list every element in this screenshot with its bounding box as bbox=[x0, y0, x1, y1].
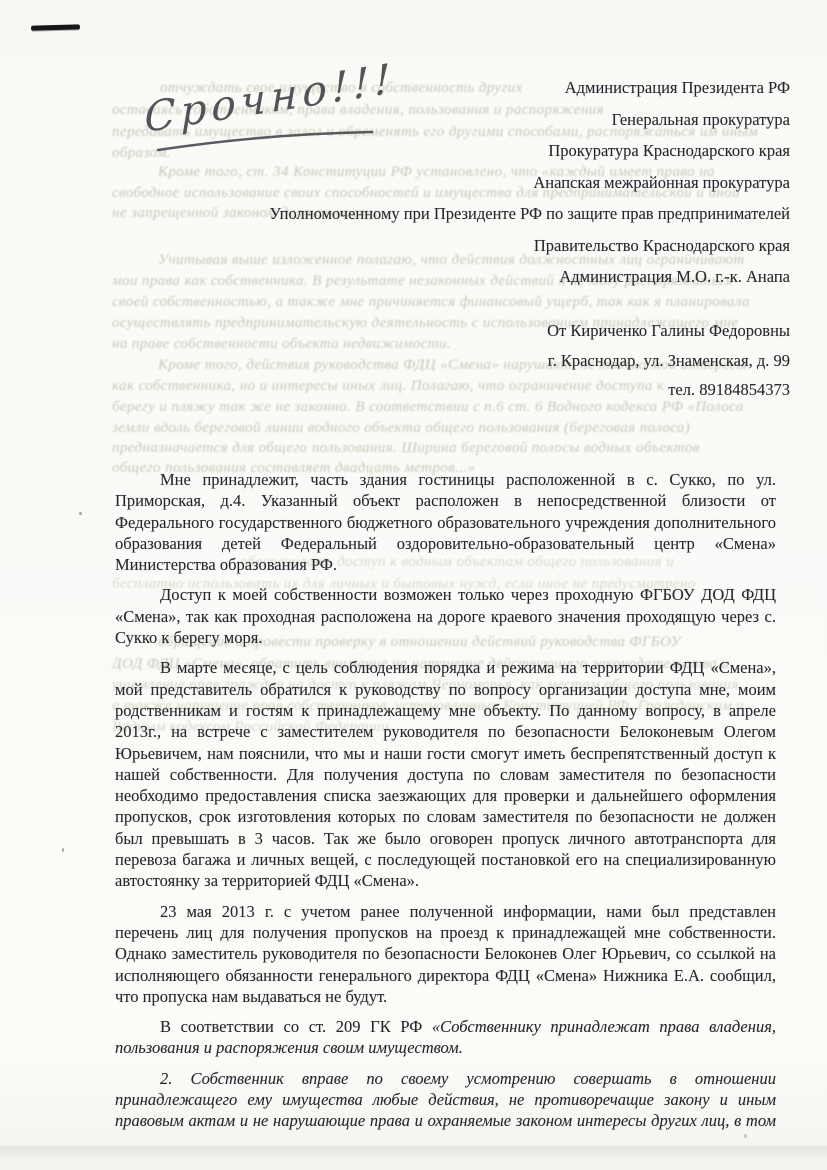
scan-speck bbox=[79, 512, 82, 515]
letter-body: Мне принадлежит, часть здания гостиницы … bbox=[115, 469, 776, 1132]
sender-block: От Кириченко Галины Федоровны г. Краснод… bbox=[290, 316, 790, 405]
scan-speck bbox=[62, 848, 64, 852]
sender-name-line: От Кириченко Галины Федоровны bbox=[290, 316, 790, 346]
body-paragraph: В марте месяце, с цель соблюдения порядк… bbox=[115, 657, 776, 891]
addressee-line: Уполномоченному при Президенте РФ по защ… bbox=[90, 198, 790, 230]
addressee-line: Правительство Краснодарского края bbox=[90, 230, 790, 262]
addressee-block: Администрация Президента РФ Генеральная … bbox=[90, 72, 790, 293]
addressee-line: Генеральная прокуратура bbox=[90, 104, 790, 136]
legal-quote-intro: В соответствии со ст. 209 ГК РФ bbox=[160, 1017, 432, 1036]
bleed-through-line: предназначается для общего пользования. … bbox=[112, 438, 776, 458]
addressee-line: Анапская межрайонная прокуратура bbox=[90, 167, 790, 199]
sender-phone-line: тел. 89184854373 bbox=[290, 375, 790, 405]
bleed-through-line: земли вдоль береговой линии водного объе… bbox=[112, 418, 776, 438]
sender-address-line: г. Краснодар, ул. Знаменская, д. 99 bbox=[290, 346, 790, 376]
scan-speck bbox=[744, 1134, 747, 1138]
bleed-through-line: своей собственностью, а также мне причин… bbox=[112, 292, 776, 312]
pen-mark bbox=[31, 24, 80, 30]
body-paragraph: Мне принадлежит, часть здания гостиницы … bbox=[115, 469, 776, 575]
addressee-line: Администрация М.О. г.-к. Анапа bbox=[90, 261, 790, 293]
body-paragraph: Доступ к моей собственности возможен тол… bbox=[115, 584, 776, 648]
body-paragraph: 23 мая 2013 г. с учетом ранее полученной… bbox=[115, 901, 776, 1007]
addressee-line: Администрация Президента РФ bbox=[90, 72, 790, 104]
legal-quote-paragraph: В соответствии со ст. 209 ГК РФ «Собстве… bbox=[115, 1016, 776, 1059]
scanned-letter-page: отчуждать свое имущество в собственность… bbox=[0, 0, 827, 1170]
legal-quote-continuation: 2. Собственник вправе по своему усмотрен… bbox=[115, 1068, 776, 1132]
addressee-line: Прокуратура Краснодарского края bbox=[90, 135, 790, 167]
